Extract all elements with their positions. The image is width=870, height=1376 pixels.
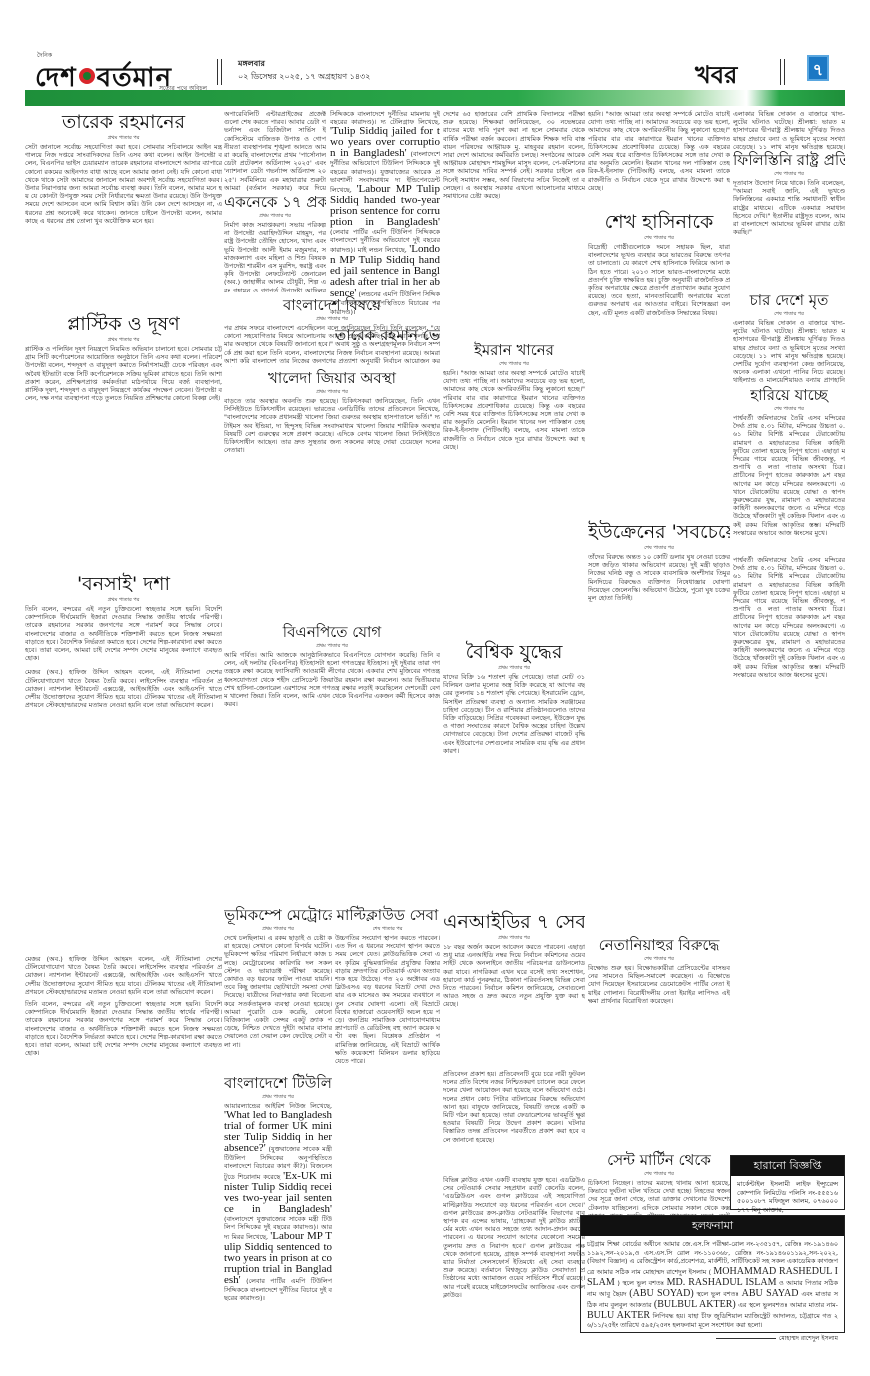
jump-line: শেষ পাতার পর (733, 405, 845, 413)
headline[interactable]: ভূমিকম্পে মেট্রোরেলের (224, 905, 332, 925)
affidavit-title: হলফনামা (581, 1216, 844, 1236)
article-telecom-continued[interactable]: মেজর (অব.) হাফিজ উদ্দিন আহমদ বলেন, এই নী… (25, 955, 222, 1335)
article-body: উচ্চগতির সংযোগ স্থাপন করতে পারবেন। এত দি… (335, 934, 440, 1065)
affidavit-box: হলফনামা চট্টগ্রাম শিক্ষা বোর্ডের অধীনে আ… (580, 1215, 845, 1333)
lost-notice-body: মার্কেন্টাইল ইসলামী লাইফ ইন্স্যুরেন্স কো… (731, 1176, 844, 1218)
affidavit-signature: মোহাম্মদ রাশেদুল ইসলাম (581, 1333, 844, 1348)
jump-line: প্রথম পাতার পর (443, 664, 585, 672)
article-body: হয়নি। "আজ আমরা তার অবস্থা সম্পর্কে মোটে… (588, 110, 730, 192)
article-body-continued: মেজর (অব.) হাফিজ উদ্দিন আহমদ বলেন, এই নী… (25, 668, 222, 709)
article-body: আয়ারল্যান্ডের আইরিশ নিউজ লিখেছে, 'What … (224, 1102, 332, 1302)
article-body-continued: পার্শ্ববর্তী জমিদারদের তৈরি এসব মন্দিরের… (733, 556, 845, 679)
article-body: নির্মাণ কাজ সমাপ্তকরণ। সভায় পরিকল্পনা উ… (224, 221, 326, 292)
article-digital-service[interactable]: অপারেবিলিটি এন্টারপ্রাইজের প্রজেক্টগুলো … (224, 110, 326, 192)
article-baishwik-juddher[interactable]: বৈশ্বিক যুদ্ধের প্রথম পাতার পর যাদের বিক… (443, 640, 585, 910)
article-tulip-foreign-media[interactable]: সিদ্দিককে বাংলাদেশে দুর্নীতির মামলায় দু… (330, 110, 440, 322)
jump-line: শেষ পাতার পর (443, 360, 585, 368)
article-multicloud-seba[interactable]: বিভিন্ন ক্লাউড এখন একটি ব্যবস্থায় যুক্ত… (443, 1175, 585, 1340)
article-body: বাড়তে তার অবস্থার অবনতি শুরু হয়েছে। চি… (224, 397, 440, 454)
headline[interactable]: চার দেশে মৃত (733, 290, 845, 310)
article-body: সেটা জানালে সর্বোচ্চ সহযোগিতা করা হবে। স… (25, 143, 222, 225)
article-body: যাদের বিক্রি ১৬ শতাংশ বৃদ্ধি পেয়েছে। তা… (443, 673, 585, 755)
article-plastic-dushon[interactable]: প্লাস্টিক ও দূষণ প্রথম পাতার পর প্লাস্টি… (25, 312, 222, 572)
article-bhumikompe-metrorail[interactable]: ভূমিকম্পে মেট্রোরেলের প্রথম পাতার পর দেখ… (224, 905, 332, 1073)
headline[interactable]: সেন্ট মার্টিন থেকে (588, 1150, 730, 1170)
affidavit-body: চট্টগ্রাম শিক্ষা বোর্ডের অধীনে আমার জে.এ… (581, 1236, 844, 1333)
headline[interactable]: মাল্টিক্লাউড সেবা (335, 905, 440, 925)
headline[interactable]: খালেদা জিয়ার অবস্থা (224, 368, 440, 388)
jump-line: শেষ পাতার পর (588, 1170, 730, 1178)
jump-line: শেষ পাতার পর (335, 925, 440, 933)
article-netanyahur-biruddhe[interactable]: সেন্ট মার্টিন থেকে শেষ পাতার পর চিকিৎসা … (588, 1150, 730, 1215)
article-body: হয়নি। "আজ আমরা তার অবস্থা সম্পর্কে মোটে… (443, 369, 585, 451)
article-tarek-rahman-voter-top[interactable]: তারেক রহমান ভোটার (335, 325, 440, 365)
headline[interactable]: ফিলিস্তিনি রাষ্ট্র প্রতিষ্ঠাই (733, 150, 845, 170)
jump-line: প্রথম পাতার পর (443, 934, 585, 942)
jump-line: শেষ পাতার পর (588, 234, 730, 242)
article-philistini-rashtra[interactable]: চার দেশে মৃত শেষ পাতার পর এলাকার বিভিন্ন… (733, 290, 845, 385)
article-body: ১৮ বছর অর্জন করলে আবেদন করতে পারবেন। এছা… (443, 943, 585, 1009)
headline[interactable]: ইমরান খানের (443, 340, 585, 360)
jump-line: প্রথম পাতার পর (25, 596, 222, 604)
article-bnp-joga[interactable]: বিএনপিতে যোগ প্রথম পাতার পর আমি গর্বিত। … (224, 622, 440, 907)
headline[interactable]: বৈশ্বিক যুদ্ধের (443, 640, 585, 664)
headline[interactable]: এনআইডির ৭ সেবা (443, 910, 585, 934)
article-body: প্রতিবেদন প্রকাশ হয়। প্রতিবেদনটি বুয়ে … (443, 1070, 585, 1144)
article-body: দূতাবাস উদ্যোগ নিয়ে থাকে। তিনি বলেছেন, … (733, 179, 845, 236)
article-body: তিনি বলেন, বন্দরের এই নতুন চুক্তিগুলো স্… (25, 605, 222, 662)
green-banner-bar (25, 90, 845, 106)
article-body: চিকিৎসা নিচ্ছেন। তাদের মরদেহ থানায় আনা … (588, 1179, 730, 1215)
article-sakkho-dite-giye[interactable]: মাল্টিক্লাউড সেবা শেষ পাতার পর উচ্চগতির … (335, 905, 440, 1335)
article-ukrainer-sobcheye[interactable]: নেতানিয়াহুর বিরুদ্ধে শেষ পাতার পর বিক্ষ… (588, 935, 730, 1135)
divider (780, 59, 785, 85)
article-nari-football[interactable]: প্রতিবেদন প্রকাশ হয়। প্রতিবেদনটি বুয়ে … (443, 1070, 585, 1170)
article-body: দেশের ৬৫ হাজারের বেশি প্রাথমিক বিদ্যালয়… (443, 110, 585, 200)
article-bangladeshe-tulip[interactable]: বাংলাদেশে টিউলিপ প্রথম পাতার পর আয়ারল্য… (224, 1073, 332, 1343)
headline[interactable]: তারেক রহমান ভোটার (335, 325, 440, 345)
article-harie-jachhe[interactable]: পার্শ্ববর্তী জমিদারদের তৈরি এসব মন্দিরের… (733, 555, 845, 1155)
article-imran-khaner-main[interactable]: শেখ হাসিনাকে শেষ পাতার পর বিদ্রোহী গোষ্ঠ… (588, 210, 730, 510)
article-body: অপারেবিলিটি এন্টারপ্রাইজের প্রজেক্টগুলো … (224, 110, 326, 192)
article-body: আমি গর্বিত। আমি আজকে আনুষ্ঠানিকভাবে বিএন… (224, 651, 440, 708)
article-top-right-continued[interactable]: এলাকার বিভিন্ন দোকান ও বাজারে খাদ্য-লুটে… (733, 110, 845, 150)
article-body: মেজর (অব.) হাফিজ উদ্দিন আহমদ বলেন, এই নী… (25, 955, 222, 996)
jump-line: শেষ পাতার পর (733, 310, 845, 318)
jump-line: প্রথম পাতার পর (25, 134, 222, 142)
article-char-deshe-mrito[interactable]: হারিয়ে যাচ্ছে শেষ পাতার পর পার্শ্ববর্তী… (733, 385, 845, 550)
jump-line: প্রথম পাতার পর (224, 315, 440, 323)
headline[interactable]: বাংলাদেশ বিষয়ে (224, 295, 440, 315)
article-body: প্লাস্টিক ও পলিথিন দূষণ নিয়ন্ত্রণে নিয়… (25, 345, 222, 402)
headline[interactable]: শেখ হাসিনাকে (588, 210, 730, 234)
article-body: সিদ্দিককে বাংলাদেশে দুর্নীতির মামলায় দু… (330, 110, 440, 316)
jump-line: প্রথম পাতার পর (224, 925, 332, 933)
article-sheikh-hasinake[interactable]: ইউক্রেনের 'সবচেয়ে শেষ পাতার পর তাঁদের ব… (588, 520, 730, 900)
headline[interactable]: একনেকে ১৭ প্রকল্প (224, 192, 326, 212)
article-body: বিভিন্ন ক্লাউড এখন একটি ব্যবস্থায় যুক্ত… (443, 1176, 585, 1299)
jump-line: শেষ পাতার পর (588, 955, 730, 963)
jump-line: প্রথম পাতার পর (25, 336, 222, 344)
jump-line: প্রথম পাতার পর (224, 212, 326, 220)
headline[interactable]: প্লাস্টিক ও দূষণ (25, 312, 222, 336)
jump-line: শেষ পাতার পর (733, 170, 845, 178)
lost-notice-title: হারানো বিজ্ঞপ্তি (731, 1156, 844, 1176)
headline[interactable]: তারেক রহমানের (25, 110, 222, 134)
jump-line: প্রথম পাতার পর (224, 388, 440, 396)
article-tarek-rahmaner[interactable]: তারেক রহমানের প্রথম পাতার পর সেটা জানালে… (25, 110, 222, 310)
article-body: বিক্ষোভ শুরু হয়। বিক্ষোভকারীরা প্রেসিডে… (588, 964, 730, 1005)
issue-date: ০২ ডিসেম্বর ২০২৫, ১৭ অগ্রহায়ণ ১৪৩২ (238, 71, 370, 84)
map-emblem-icon (79, 68, 95, 84)
article-body: বিদ্রোহী গোষ্ঠীগুলোকে দমনে সহায়ক ছিল, য… (588, 243, 730, 317)
headline[interactable]: বিএনপিতে যোগ (224, 622, 440, 642)
article-saint-martin[interactable]: ফিলিস্তিনি রাষ্ট্র প্রতিষ্ঠাই শেষ পাতার … (733, 150, 845, 290)
article-body: পার্শ্ববর্তী জমিদারদের তৈরি এসব মন্দিরের… (733, 414, 845, 537)
issue-day: মঙ্গলবার (238, 58, 265, 71)
article-body: তাঁদের বিরুদ্ধে অন্তত ১০ কোটি ডলার ঘুষ ন… (588, 553, 730, 602)
article-body: এলাকার বিভিন্ন দোকান ও বাজারে খাদ্য-লুটে… (733, 110, 845, 150)
article-prathomik-maddhomik[interactable]: ইমরান খানের শেষ পাতার পর হয়নি। "আজ আমরা… (443, 340, 585, 640)
article-ekneke-17-prokolpo[interactable]: একনেকে ১৭ প্রকল্প প্রথম পাতার পর নির্মাণ… (224, 192, 326, 292)
headline[interactable]: হারিয়ে যাচ্ছে (733, 385, 845, 405)
article-body-continued: তিনি বলেন, বন্দরের এই নতুন চুক্তিগুলো স্… (25, 1000, 222, 1057)
jump-line: প্রথম পাতার পর (224, 1093, 332, 1101)
article-body: এলাকার বিভিন্ন দোকান ও বাজারে খাদ্য-লুটে… (733, 319, 845, 385)
jump-line: শেষ পাতার পর (588, 544, 730, 552)
jump-line: প্রথম পাতার পর (224, 642, 440, 650)
article-body: দেখে চলছিলাম। এ রকম ছাড়াই ও চেষ্টা করা … (224, 934, 332, 1049)
headline[interactable]: বাংলাদেশে টিউলিপ (224, 1073, 332, 1093)
article-bonshai-dosha[interactable]: 'বনসাই' দশা প্রথম পাতার পর তিনি বলেন, বন… (25, 572, 222, 952)
headline[interactable]: ইউক্রেনের 'সবচেয়ে (588, 520, 730, 544)
headline[interactable]: 'বনসাই' দশা (25, 572, 222, 596)
article-khaleda-zia-obostha[interactable]: খালেদা জিয়ার অবস্থা প্রথম পাতার পর বাড়… (224, 368, 440, 623)
headline[interactable]: নেতানিয়াহুর বিরুদ্ধে (588, 935, 730, 955)
lost-notice-box: হারানো বিজ্ঞপ্তি মার্কেন্টাইল ইসলামী লাই… (730, 1155, 845, 1210)
article-nid-7-seba[interactable]: এনআইডির ৭ সেবা প্রথম পাতার পর ১৮ বছর অর্… (443, 910, 585, 1070)
divider (217, 59, 222, 85)
page-number-badge: ৭ (807, 55, 829, 81)
article-multicloud-top[interactable]: দেশের ৬৫ হাজারের বেশি প্রাথমিক বিদ্যালয়… (443, 110, 585, 340)
